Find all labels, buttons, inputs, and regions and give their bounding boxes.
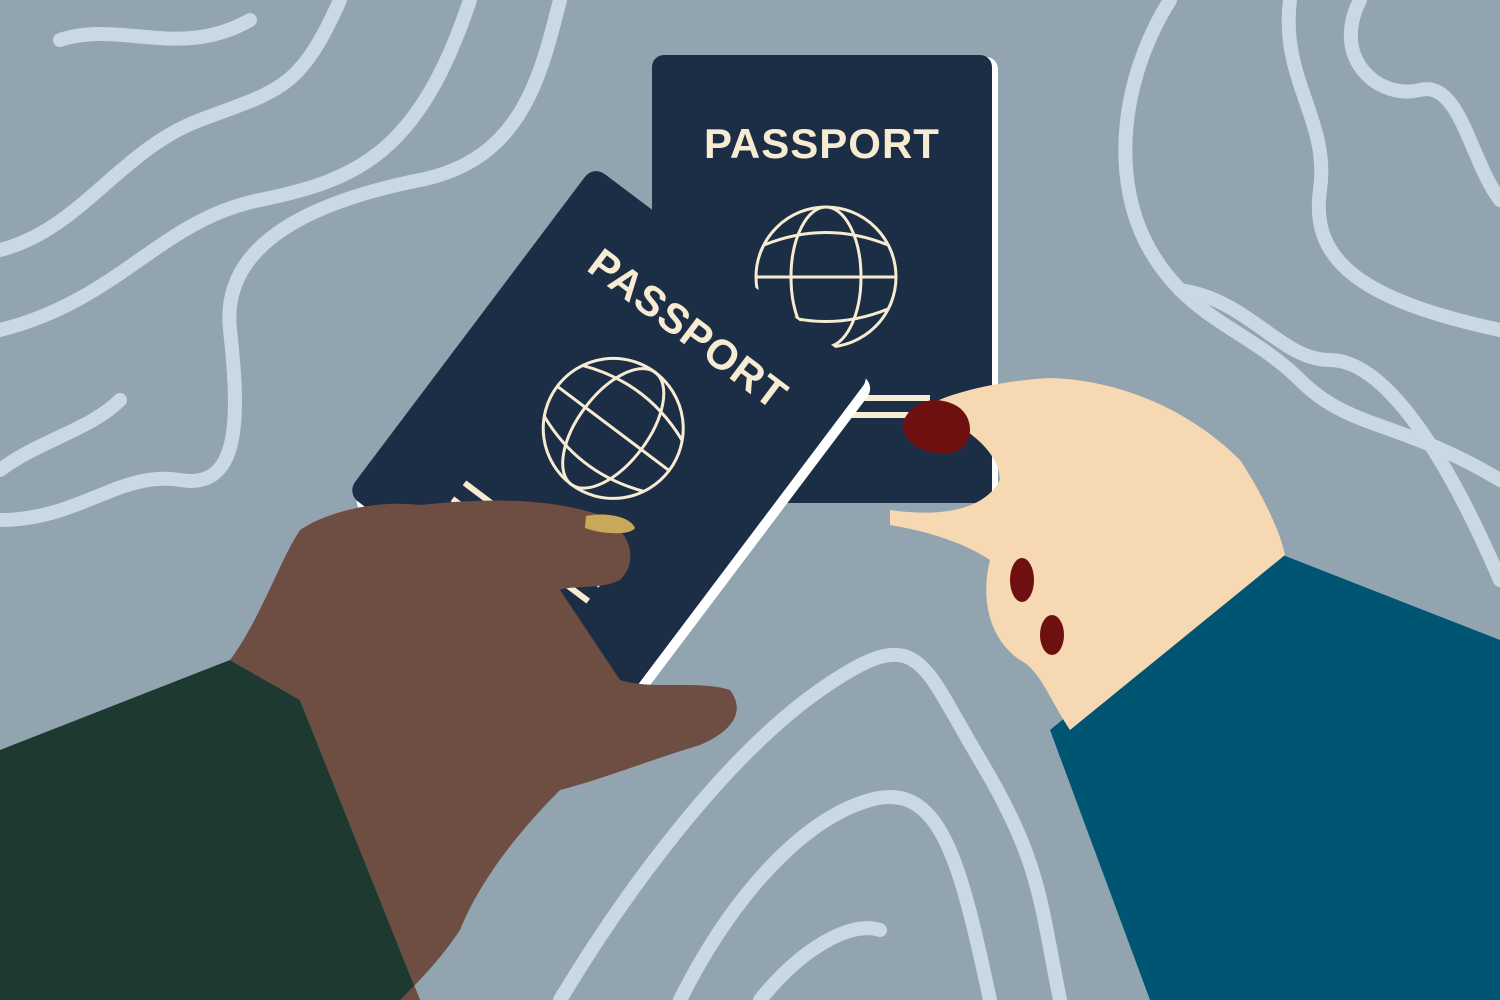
passport-back-title: PASSPORT [704, 120, 940, 167]
fingernail [1010, 558, 1034, 602]
passport-illustration: PASSPORT PASSPORT [0, 0, 1500, 1000]
fingernail [1040, 615, 1064, 655]
